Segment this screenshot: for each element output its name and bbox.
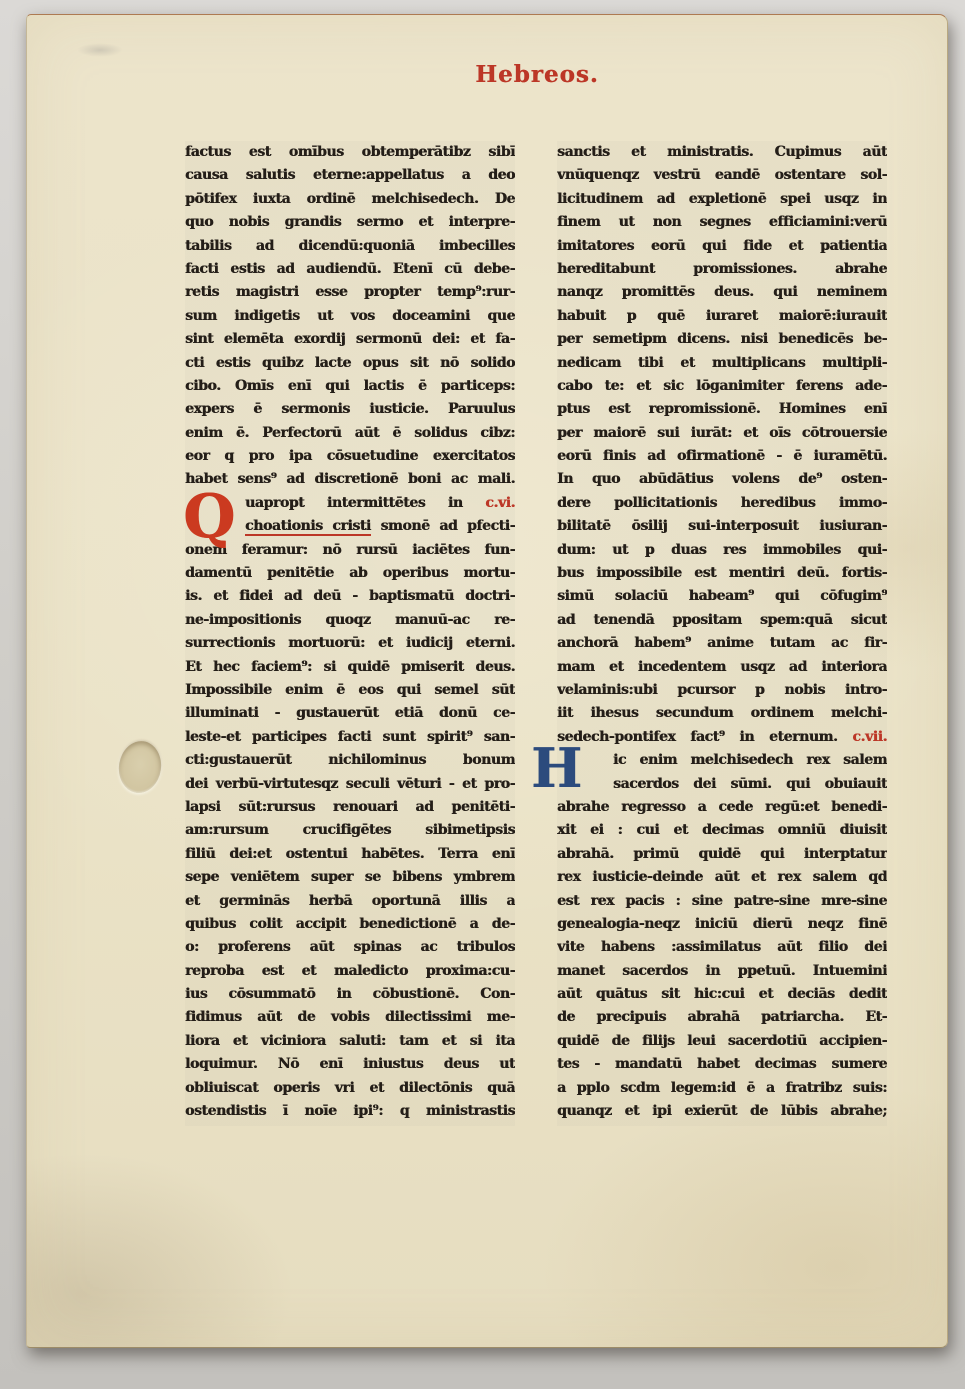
line-text: pōtifex iuxta ordinē melchisedech. De [185,191,515,207]
drop-cap-h-initial: H [531,741,582,795]
line-text: smonē ad pfecti- [371,518,515,534]
line-text: a pplo scdm legem:id ē a fratribz suis: [557,1080,887,1096]
text-line: In quo abūdātius volens de⁹ osten- [557,468,887,491]
line-text: Impossibile enim ē eos qui semel sūt [185,682,515,698]
text-line: ic enim melchisedech rex salem [557,749,887,772]
text-line: mam et incedentem usqz ad interiora [557,656,887,679]
text-line: am:rursum crucifigētes sibimetipsis [185,819,515,842]
text-line: nanqz promittēs deus. qui neminem [557,281,887,304]
text-line: licitudinem ad expletionē spei usqz in [557,188,887,211]
text-line: vnūquenqz vestrū eandē ostentare sol- [557,164,887,187]
text-line: causa salutis eterne:appellatus a deo [185,164,515,187]
text-line: cibo. Omīs enī qui lactis ē particeps: [185,375,515,398]
text-line: pōtifex iuxta ordinē melchisedech. De [185,188,515,211]
text-line: sanctis et ministratis. Cupimus aūt [557,141,887,164]
text-line: dum: ut p duas res immobiles qui- [557,539,887,562]
line-text: abrahā. primū quidē qui interptatur [557,846,887,862]
line-text: per maiorē sui iurāt: et oīs cōtrouersie [557,425,887,441]
line-text: illuminati - gustauerūt etiā donū ce- [185,705,515,721]
drop-cap-q-initial: Q [183,487,235,547]
text-line: cti:gustauerūt nichilominus bonum [185,749,515,772]
line-text: aūt quātus sit hic:cui et deciās dedit [557,986,887,1002]
text-line: ius cōsummatō in cōbustionē. Con- [185,983,515,1006]
text-line: sum indigetis ut vos doceamini que [185,305,515,328]
line-text: factus est omībus obtemperātibz sibī [185,144,515,160]
line-text: cti:gustauerūt nichilominus bonum [185,752,515,768]
text-column-left: factus est omībus obtemperātibz sibīcaus… [185,141,515,1126]
line-text: nedicam tibi et multiplicans multipli- [557,355,887,371]
line-text: velaminis:ubi pcursor p nobis intro- [557,682,887,698]
text-line: liora et viciniora saluti: tam et si ita [185,1030,515,1053]
line-text: iit ihesus secundum ordinem melchi- [557,705,887,721]
line-text: anchorā habem⁹ anime tutam ac fir- [557,635,887,651]
text-line: eor q pro ipa cōsuetudine exercitatos [185,445,515,468]
text-line: abrahā. primū quidē qui interptatur [557,843,887,866]
line-text: ius cōsummatō in cōbustionē. Con- [185,986,515,1002]
text-line: factus est omībus obtemperātibz sibī [185,141,515,164]
line-text: is. et fidei ad deū - baptismatū doctri- [185,588,515,604]
pencil-smudge [77,43,123,57]
text-line: facti estis ad audiendū. Etenī cū debe- [185,258,515,281]
line-text: nanqz promittēs deus. qui neminem [557,284,887,300]
text-line: manet sacerdos in ppetuū. Intuemini [557,960,887,983]
text-line: ptus est repromissionē. Homines enī [557,398,887,421]
text-line: dei verbū-virtutesqz seculi vēturi - et … [185,773,515,796]
text-line: leste-et participes facti sunt spirit⁹ s… [185,726,515,749]
line-text: sanctis et ministratis. Cupimus aūt [557,144,887,160]
line-text: quo nobis grandis sermo et interpre- [185,214,515,230]
text-line: retis magistri esse propter temp⁹:rur- [185,281,515,304]
text-line: cabo te: et sic lōganimiter ferens ade- [557,375,887,398]
line-text: fidimus aūt de vobis dilectissimi me- [185,1009,515,1025]
line-text: eorū finis ad ofirmationē - ē iuramētū. [557,448,887,464]
line-text: quibus colit accipit benedictionē a de- [185,916,515,932]
line-text: filiū dei:et ostentui habētes. Terra enī [185,846,515,862]
line-text: habuit p quē iuraret maiorē:iurauit [557,308,887,324]
text-line: quibus colit accipit benedictionē a de- [185,913,515,936]
text-line: cti estis quibz lacte opus sit nō solido [185,352,515,375]
text-line: xit ei : cui et decimas omniū diuisit [557,819,887,842]
text-line: nedicam tibi et multiplicans multipli- [557,352,887,375]
line-text: am:rursum crucifigētes sibimetipsis [185,822,515,838]
line-text: ad tenendā ppositam spem:quā sicut [557,612,887,628]
text-line: enim ē. Perfectorū aūt ē solidus cibz: [185,422,515,445]
text-line: vite habens :assimilatus aūt filio dei [557,936,887,959]
text-line: hereditabunt promissiones. abrahe [557,258,887,281]
line-text: o: proferens aūt spinas ac tribulos [185,939,515,955]
text-line: finem ut non segnes efficiamini:verū [557,211,887,234]
text-block: factus est omībus obtemperātibz sibīcaus… [185,141,889,1131]
line-text: dum: ut p duas res immobiles qui- [557,542,887,558]
line-text: obliuiscat operis vri et dilectōnis quā [185,1080,515,1096]
text-line: quo nobis grandis sermo et interpre- [185,211,515,234]
text-line: sepe veniētem super se bibens ymbrem [185,866,515,889]
line-text: sepe veniētem super se bibens ymbrem [185,869,515,885]
text-line: is. et fidei ad deū - baptismatū doctri- [185,585,515,608]
text-line: per maiorē sui iurāt: et oīs cōtrouersie [557,422,887,445]
line-text: de precipuis abrahā patriarcha. Et- [557,1009,887,1025]
line-text: vite habens :assimilatus aūt filio dei [557,939,887,955]
text-line: tabilis ad dicendū:quoniā imbecilles [185,235,515,258]
line-text: lapsi sūt:rursus renouari ad penitēti- [185,799,515,815]
line-text: damentū penitētie ab operibus mortu- [185,565,515,581]
text-line: damentū penitētie ab operibus mortu- [185,562,515,585]
line-text: ic enim melchisedech rex salem [613,752,887,768]
line-text: facti estis ad audiendū. Etenī cū debe- [185,261,515,277]
text-line: eorū finis ad ofirmationē - ē iuramētū. [557,445,887,468]
line-text: eor q pro ipa cōsuetudine exercitatos [185,448,515,464]
text-line: imitatores eorū qui fide et patientia [557,235,887,258]
line-text: ne-impositionis quoqz manuū-ac re- [185,612,515,628]
manuscript-page: Hebreos. factus est omībus obtemperātibz… [26,14,948,1348]
chapter-rubric: c.vi. [485,495,515,511]
line-text: ostendistis ī noīe ipi⁹: q ministrastis [185,1103,515,1119]
line-text: surrectionis mortuorū: et iudicij eterni… [185,635,515,651]
text-line: filiū dei:et ostentui habētes. Terra enī [185,843,515,866]
text-line: sint elemēta exordij sermonū dei: et fa- [185,328,515,351]
line-text: retis magistri esse propter temp⁹:rur- [185,284,515,300]
text-line: tes - mandatū habet decimas sumere [557,1053,887,1076]
line-text: Et hec faciem⁹: si quidē pmiserit deus. [185,659,515,675]
text-line: ad tenendā ppositam spem:quā sicut [557,609,887,632]
parchment-hole [116,738,165,795]
text-line: ne-impositionis quoqz manuū-ac re- [185,609,515,632]
text-line: reproba est et maledicto proxima:cu- [185,960,515,983]
line-text: enim ē. Perfectorū aūt ē solidus cibz: [185,425,515,441]
line-text: finem ut non segnes efficiamini:verū [557,214,887,230]
chapter-rubric: c.vii. [852,729,887,745]
line-text: sacerdos dei sūmi. qui obuiauit [613,776,887,792]
text-column-right: sanctis et ministratis. Cupimus aūtvnūqu… [557,141,887,1126]
text-line: anchorā habem⁹ anime tutam ac fir- [557,632,887,655]
text-line: velaminis:ubi pcursor p nobis intro- [557,679,887,702]
line-text: imitatores eorū qui fide et patientia [557,238,887,254]
line-text: cabo te: et sic lōganimiter ferens ade- [557,378,887,394]
text-line: sedech-pontifex fact⁹ in eternum. c.vii. [557,726,887,749]
line-text: rex iusticie-deinde aūt et rex salem qd [557,869,887,885]
text-line: expers ē sermonis iusticie. Paruulus [185,398,515,421]
text-line: de precipuis abrahā patriarcha. Et- [557,1006,887,1029]
text-line: rex iusticie-deinde aūt et rex salem qd [557,866,887,889]
line-text: liora et viciniora saluti: tam et si ita [185,1033,515,1049]
line-text: manet sacerdos in ppetuū. Intuemini [557,963,887,979]
line-text: cibo. Omīs enī qui lactis ē particeps: [185,378,515,394]
line-text: xit ei : cui et decimas omniū diuisit [557,822,887,838]
line-text: tes - mandatū habet decimas sumere [557,1056,887,1072]
line-text: dere pollicitationis heredibus immo- [557,495,887,511]
line-text: vnūquenqz vestrū eandē ostentare sol- [557,167,887,183]
text-line: est rex pacis : sine patre-sine mre-sine [557,890,887,913]
text-line: obliuiscat operis vri et dilectōnis quā [185,1077,515,1100]
line-text: genealogia-neqz iniciū dierū neqz finē [557,916,887,932]
line-text: uapropt intermittētes in [245,495,485,511]
line-text: dei verbū-virtutesqz seculi vēturi - et … [185,776,515,792]
line-text: sum indigetis ut vos doceamini que [185,308,515,324]
line-text: expers ē sermonis iusticie. Paruulus [185,401,515,417]
line-text: bilitatē ōsilij sui-interposuit iusiuran… [557,518,887,534]
line-text: et germinās herbā oportunā illis a [185,893,515,909]
line-text: per semetipm dicens. nisi benedicēs be- [557,331,887,347]
text-line: et germinās herbā oportunā illis a [185,890,515,913]
text-line: illuminati - gustauerūt etiā donū ce- [185,702,515,725]
text-line: per semetipm dicens. nisi benedicēs be- [557,328,887,351]
red-underlined-text: choationis cristi [245,518,371,536]
line-text: reproba est et maledicto proxima:cu- [185,963,515,979]
text-line: a pplo scdm legem:id ē a fratribz suis: [557,1077,887,1100]
text-line: bus impossibile est mentiri deū. fortis- [557,562,887,585]
line-text: licitudinem ad expletionē spei usqz in [557,191,887,207]
text-line: surrectionis mortuorū: et iudicij eterni… [185,632,515,655]
text-line: fidimus aūt de vobis dilectissimi me- [185,1006,515,1029]
text-line: abrahe regresso a cede regū:et benedi- [557,796,887,819]
text-line: dere pollicitationis heredibus immo- [557,492,887,515]
line-text: loquimur. Nō enī iniustus deus ut [185,1056,515,1072]
text-line: simū solaciū habeam⁹ qui cōfugim⁹ [557,585,887,608]
line-text: est rex pacis : sine patre-sine mre-sine [557,893,887,909]
text-line: lapsi sūt:rursus renouari ad penitēti- [185,796,515,819]
text-line: Et hec faciem⁹: si quidē pmiserit deus. [185,656,515,679]
line-text: abrahe regresso a cede regū:et benedi- [557,799,887,815]
text-line: o: proferens aūt spinas ac tribulos [185,936,515,959]
line-text: sedech-pontifex fact⁹ in eternum. [557,729,852,745]
line-text: ptus est repromissionē. Homines enī [557,401,887,417]
line-text: causa salutis eterne:appellatus a deo [185,167,515,183]
line-text: mam et incedentem usqz ad interiora [557,659,887,675]
line-text: quanqz et ipi exierūt de lūbis abrahe; [557,1103,887,1119]
line-text: cti estis quibz lacte opus sit nō solido [185,355,515,371]
text-line: Impossibile enim ē eos qui semel sūt [185,679,515,702]
running-title: Hebreos. [185,61,889,95]
line-text: tabilis ad dicendū:quoniā imbecilles [185,238,515,254]
text-line: bilitatē ōsilij sui-interposuit iusiuran… [557,515,887,538]
line-text: leste-et participes facti sunt spirit⁹ s… [185,729,515,745]
text-line: quidē de filijs leui sacerdotiū accipien… [557,1030,887,1053]
line-text: hereditabunt promissiones. abrahe [557,261,887,277]
text-line: genealogia-neqz iniciū dierū neqz finē [557,913,887,936]
line-text: quidē de filijs leui sacerdotiū accipien… [557,1033,887,1049]
text-line: aūt quātus sit hic:cui et deciās dedit [557,983,887,1006]
text-line: ostendistis ī noīe ipi⁹: q ministrastis [185,1100,515,1123]
line-text: sint elemēta exordij sermonū dei: et fa- [185,331,515,347]
text-line: iit ihesus secundum ordinem melchi- [557,702,887,725]
line-text: simū solaciū habeam⁹ qui cōfugim⁹ [557,588,887,604]
line-text: bus impossibile est mentiri deū. fortis- [557,565,887,581]
text-line: loquimur. Nō enī iniustus deus ut [185,1053,515,1076]
text-line: habuit p quē iuraret maiorē:iurauit [557,305,887,328]
text-line: quanqz et ipi exierūt de lūbis abrahe; [557,1100,887,1123]
line-text: In quo abūdātius volens de⁹ osten- [557,471,887,487]
text-line: sacerdos dei sūmi. qui obuiauit [557,773,887,796]
